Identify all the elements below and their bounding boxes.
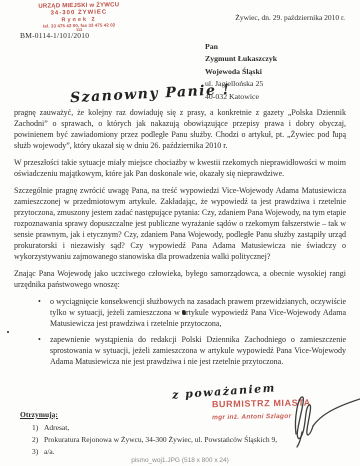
distribution-item-number: 3) — [32, 448, 44, 456]
image-caption: pismo_woj1.JPG (518 x 800 x 24) — [0, 457, 360, 464]
addressee-line: Wojewoda Śląski — [205, 66, 277, 78]
distribution-item: 2)Prokuratura Rejonowa w Żywcu, 34-300 Ż… — [32, 436, 277, 444]
distribution-item-number: 1) — [32, 424, 44, 432]
distribution-item-number: 2) — [32, 436, 44, 444]
paragraph: Szczególnie pragnę zwrócić uwagę Pana, n… — [14, 185, 346, 262]
addressee-line: Zygmunt Łukaszczyk — [205, 53, 277, 65]
bullet-text: zapewnienie wystąpienia do redakcji Pols… — [50, 335, 346, 366]
signature — [272, 388, 360, 448]
office-stamp: URZĄD MIEJSKI w ŻYWCU 34-300 ŻYWIEC Ryne… — [24, 2, 134, 33]
paragraph: Znając Pana Wojewodę jako uczciwego czło… — [14, 268, 346, 290]
bullet-icon: • — [38, 334, 41, 345]
distribution-heading: Otrzymują: — [20, 410, 277, 419]
bullet-item: • o wyciągnięcie konsekwencji służbowych… — [14, 296, 346, 329]
distribution-item: 1)Adresat, — [32, 424, 277, 432]
paragraph: W przeszłości takie sytuacje miały miejs… — [14, 157, 346, 179]
bullet-item: • zapewnienie wystąpienia do redakcji Po… — [14, 334, 346, 367]
scan-speck — [333, 131, 335, 133]
scan-speck — [7, 331, 9, 333]
distribution-item: 3)a/a. — [32, 448, 277, 456]
bullet-list: • o wyciągnięcie konsekwencji służbowych… — [14, 296, 346, 367]
bullet-text: o wyciągnięcie konsekwencji służbowych n… — [50, 297, 346, 328]
distribution-item-text: Prokuratura Rejonowa w Żywcu, 34-300 Żyw… — [44, 435, 277, 444]
scanned-letter-page: URZĄD MIEJSKI w ŻYWCU 34-300 ŻYWIEC Ryne… — [0, 0, 360, 466]
bullet-icon: • — [38, 296, 41, 307]
paragraph: pragnę zauważyć, że kolejny raz dowiaduj… — [14, 107, 346, 151]
letter-body: pragnę zauważyć, że kolejny raz dowiaduj… — [14, 107, 346, 372]
addressee-line: Pan — [205, 41, 277, 53]
distribution-item-text: Adresat, — [44, 423, 69, 432]
distribution-list: Otrzymują: 1)Adresat, 2)Prokuratura Rejo… — [20, 410, 277, 460]
distribution-item-text: a/a. — [44, 447, 55, 456]
ink-blot — [182, 310, 186, 315]
letter-date: Żywiec, dn. 29. października 2010 r. — [235, 13, 345, 22]
reference-number: BM-0114-1/101/2010 — [20, 31, 89, 40]
